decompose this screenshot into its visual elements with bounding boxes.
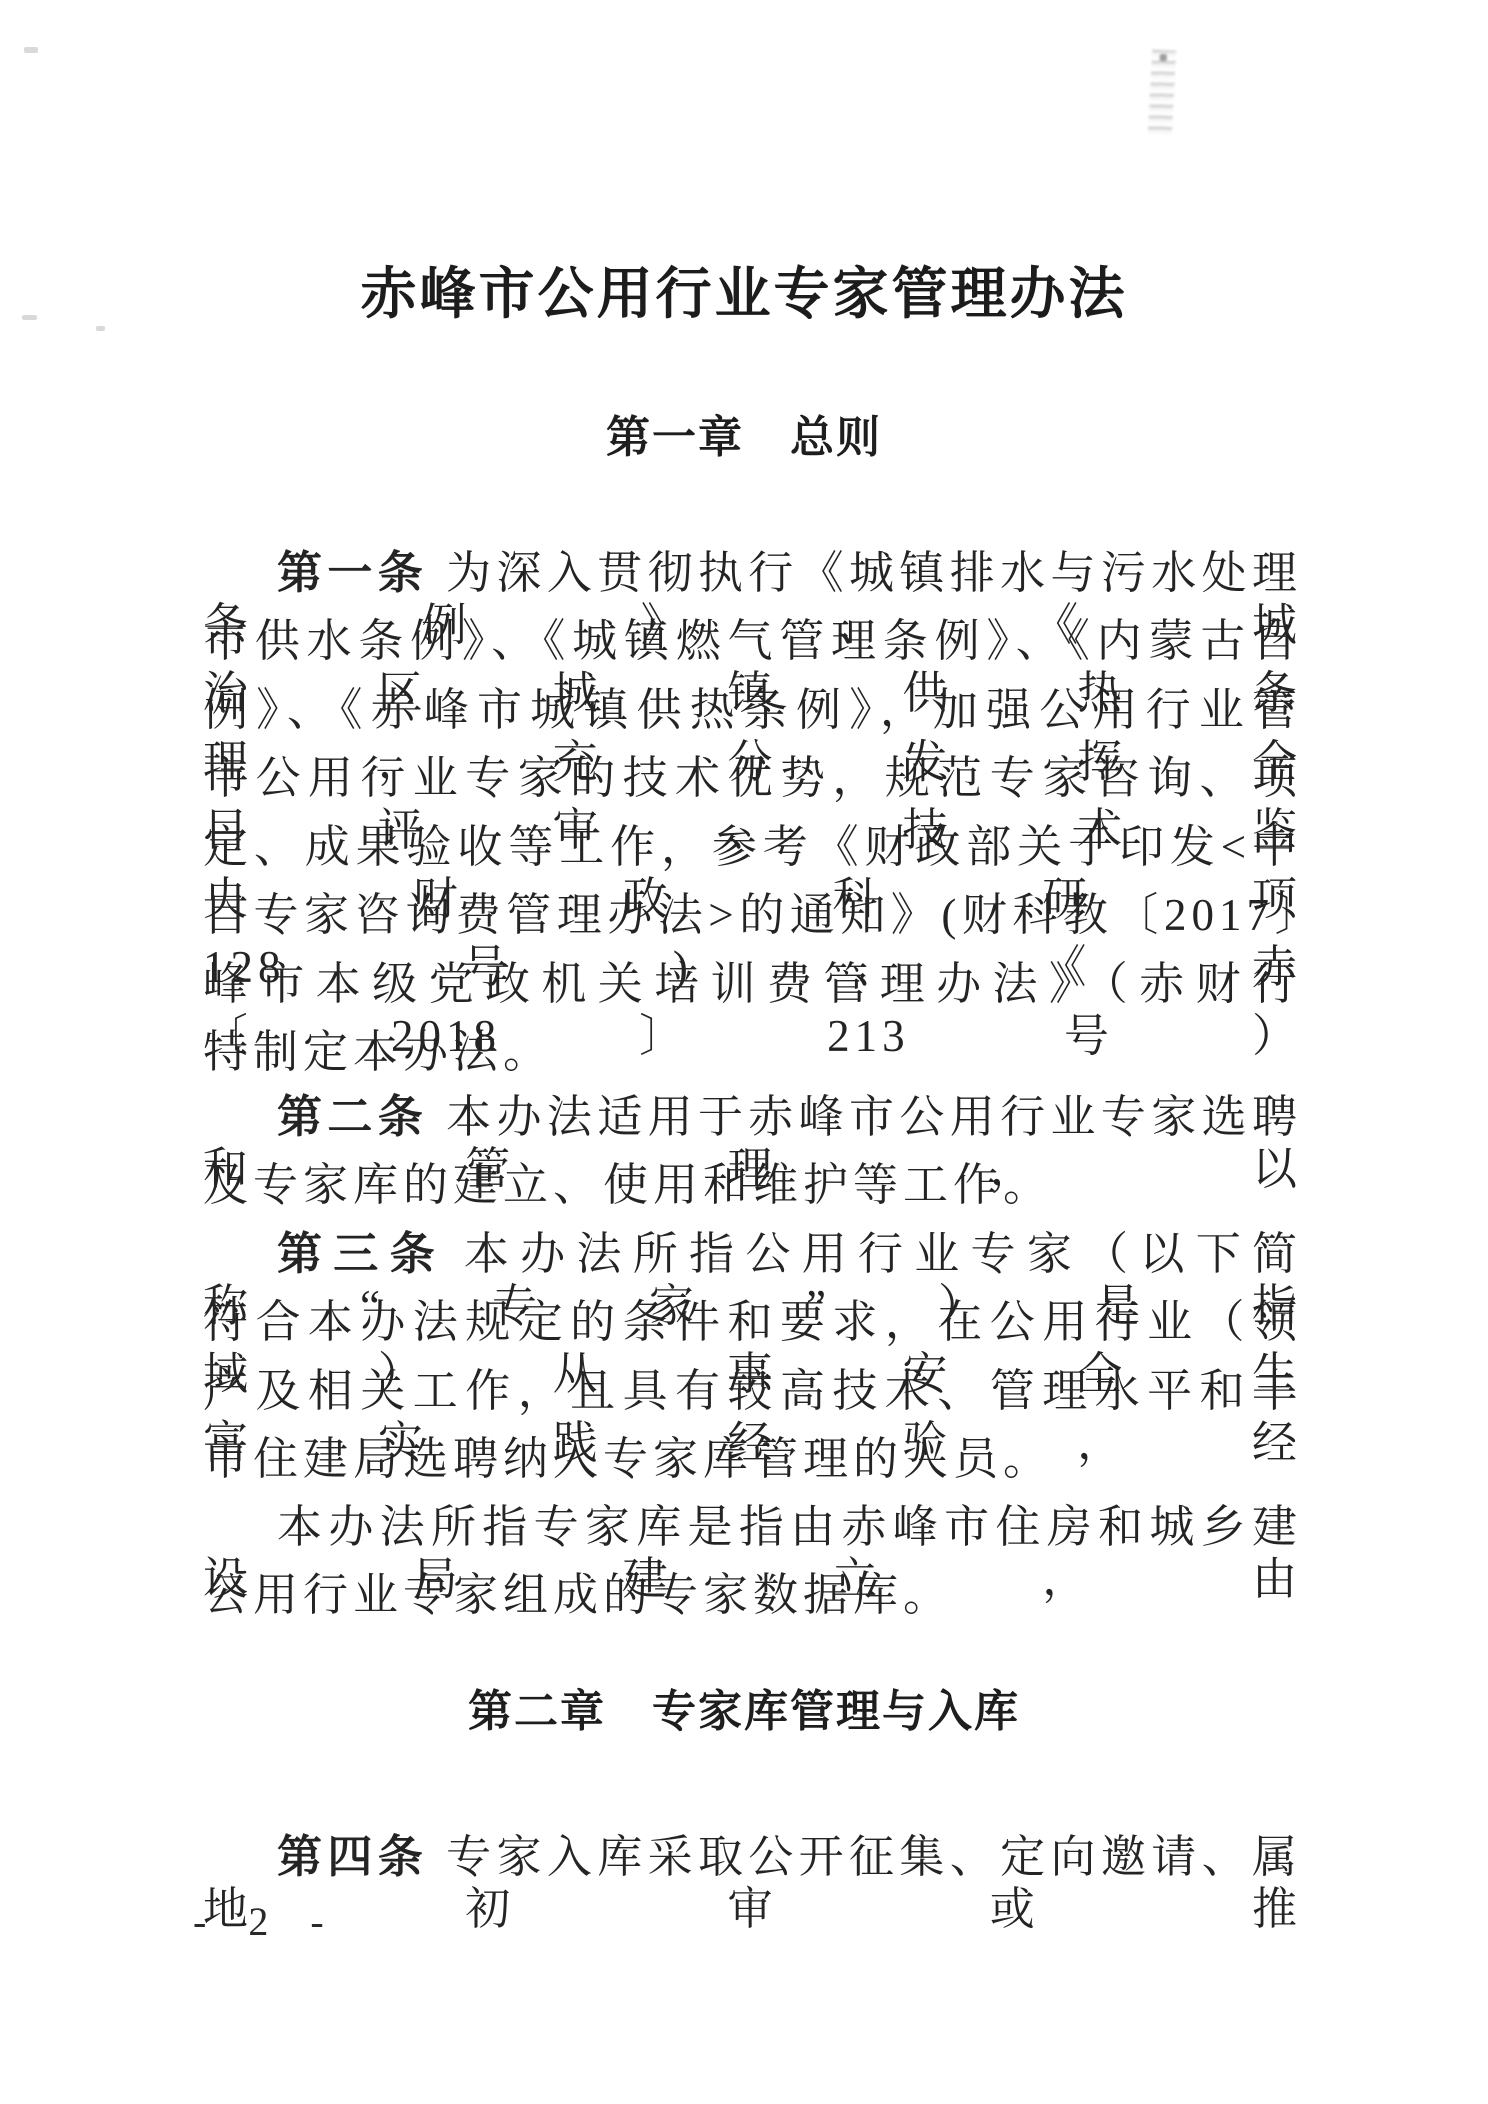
- article-3-label: 第三条: [277, 1229, 446, 1279]
- body-line: 市住建局选聘纳入专家库管理的人员。: [203, 1433, 1302, 1485]
- chapter-2-heading: 第二章 专家库管理与入库: [0, 1686, 1488, 1738]
- line-text: 及专家库的建立、使用和维护等工作。: [203, 1160, 1053, 1210]
- scanned-document-page: 赤峰市公用行业专家管理办法 第一章 总则 第一条为深入贯彻执行《城镇排水与污水处…: [0, 0, 1488, 2104]
- line-text: 特制定本办法。: [203, 1027, 553, 1077]
- page-number: - 2 -: [193, 1898, 340, 1946]
- article-1-label: 第一条: [277, 548, 428, 598]
- body-line: 第四条专家入库采取公开征集、定向邀请、属地初审或推: [203, 1831, 1302, 1935]
- article-4-label: 第四条: [277, 1832, 428, 1882]
- body-line: 公用行业专家组成的专家数据库。: [203, 1569, 1302, 1621]
- line-text: 市住建局选聘纳入专家库管理的人员。: [203, 1434, 1053, 1484]
- chapter-1-heading: 第一章 总则: [0, 412, 1488, 464]
- scan-speck: [24, 47, 38, 53]
- body-line: 及专家库的建立、使用和维护等工作。: [203, 1159, 1302, 1211]
- article-2-label: 第二条: [277, 1092, 428, 1142]
- scan-smudge-artifact: [1148, 49, 1176, 134]
- document-title: 赤峰市公用行业专家管理办法: [0, 262, 1488, 328]
- body-line: 特制定本办法。: [203, 1026, 1302, 1078]
- line-text: 公用行业专家组成的专家数据库。: [203, 1570, 953, 1620]
